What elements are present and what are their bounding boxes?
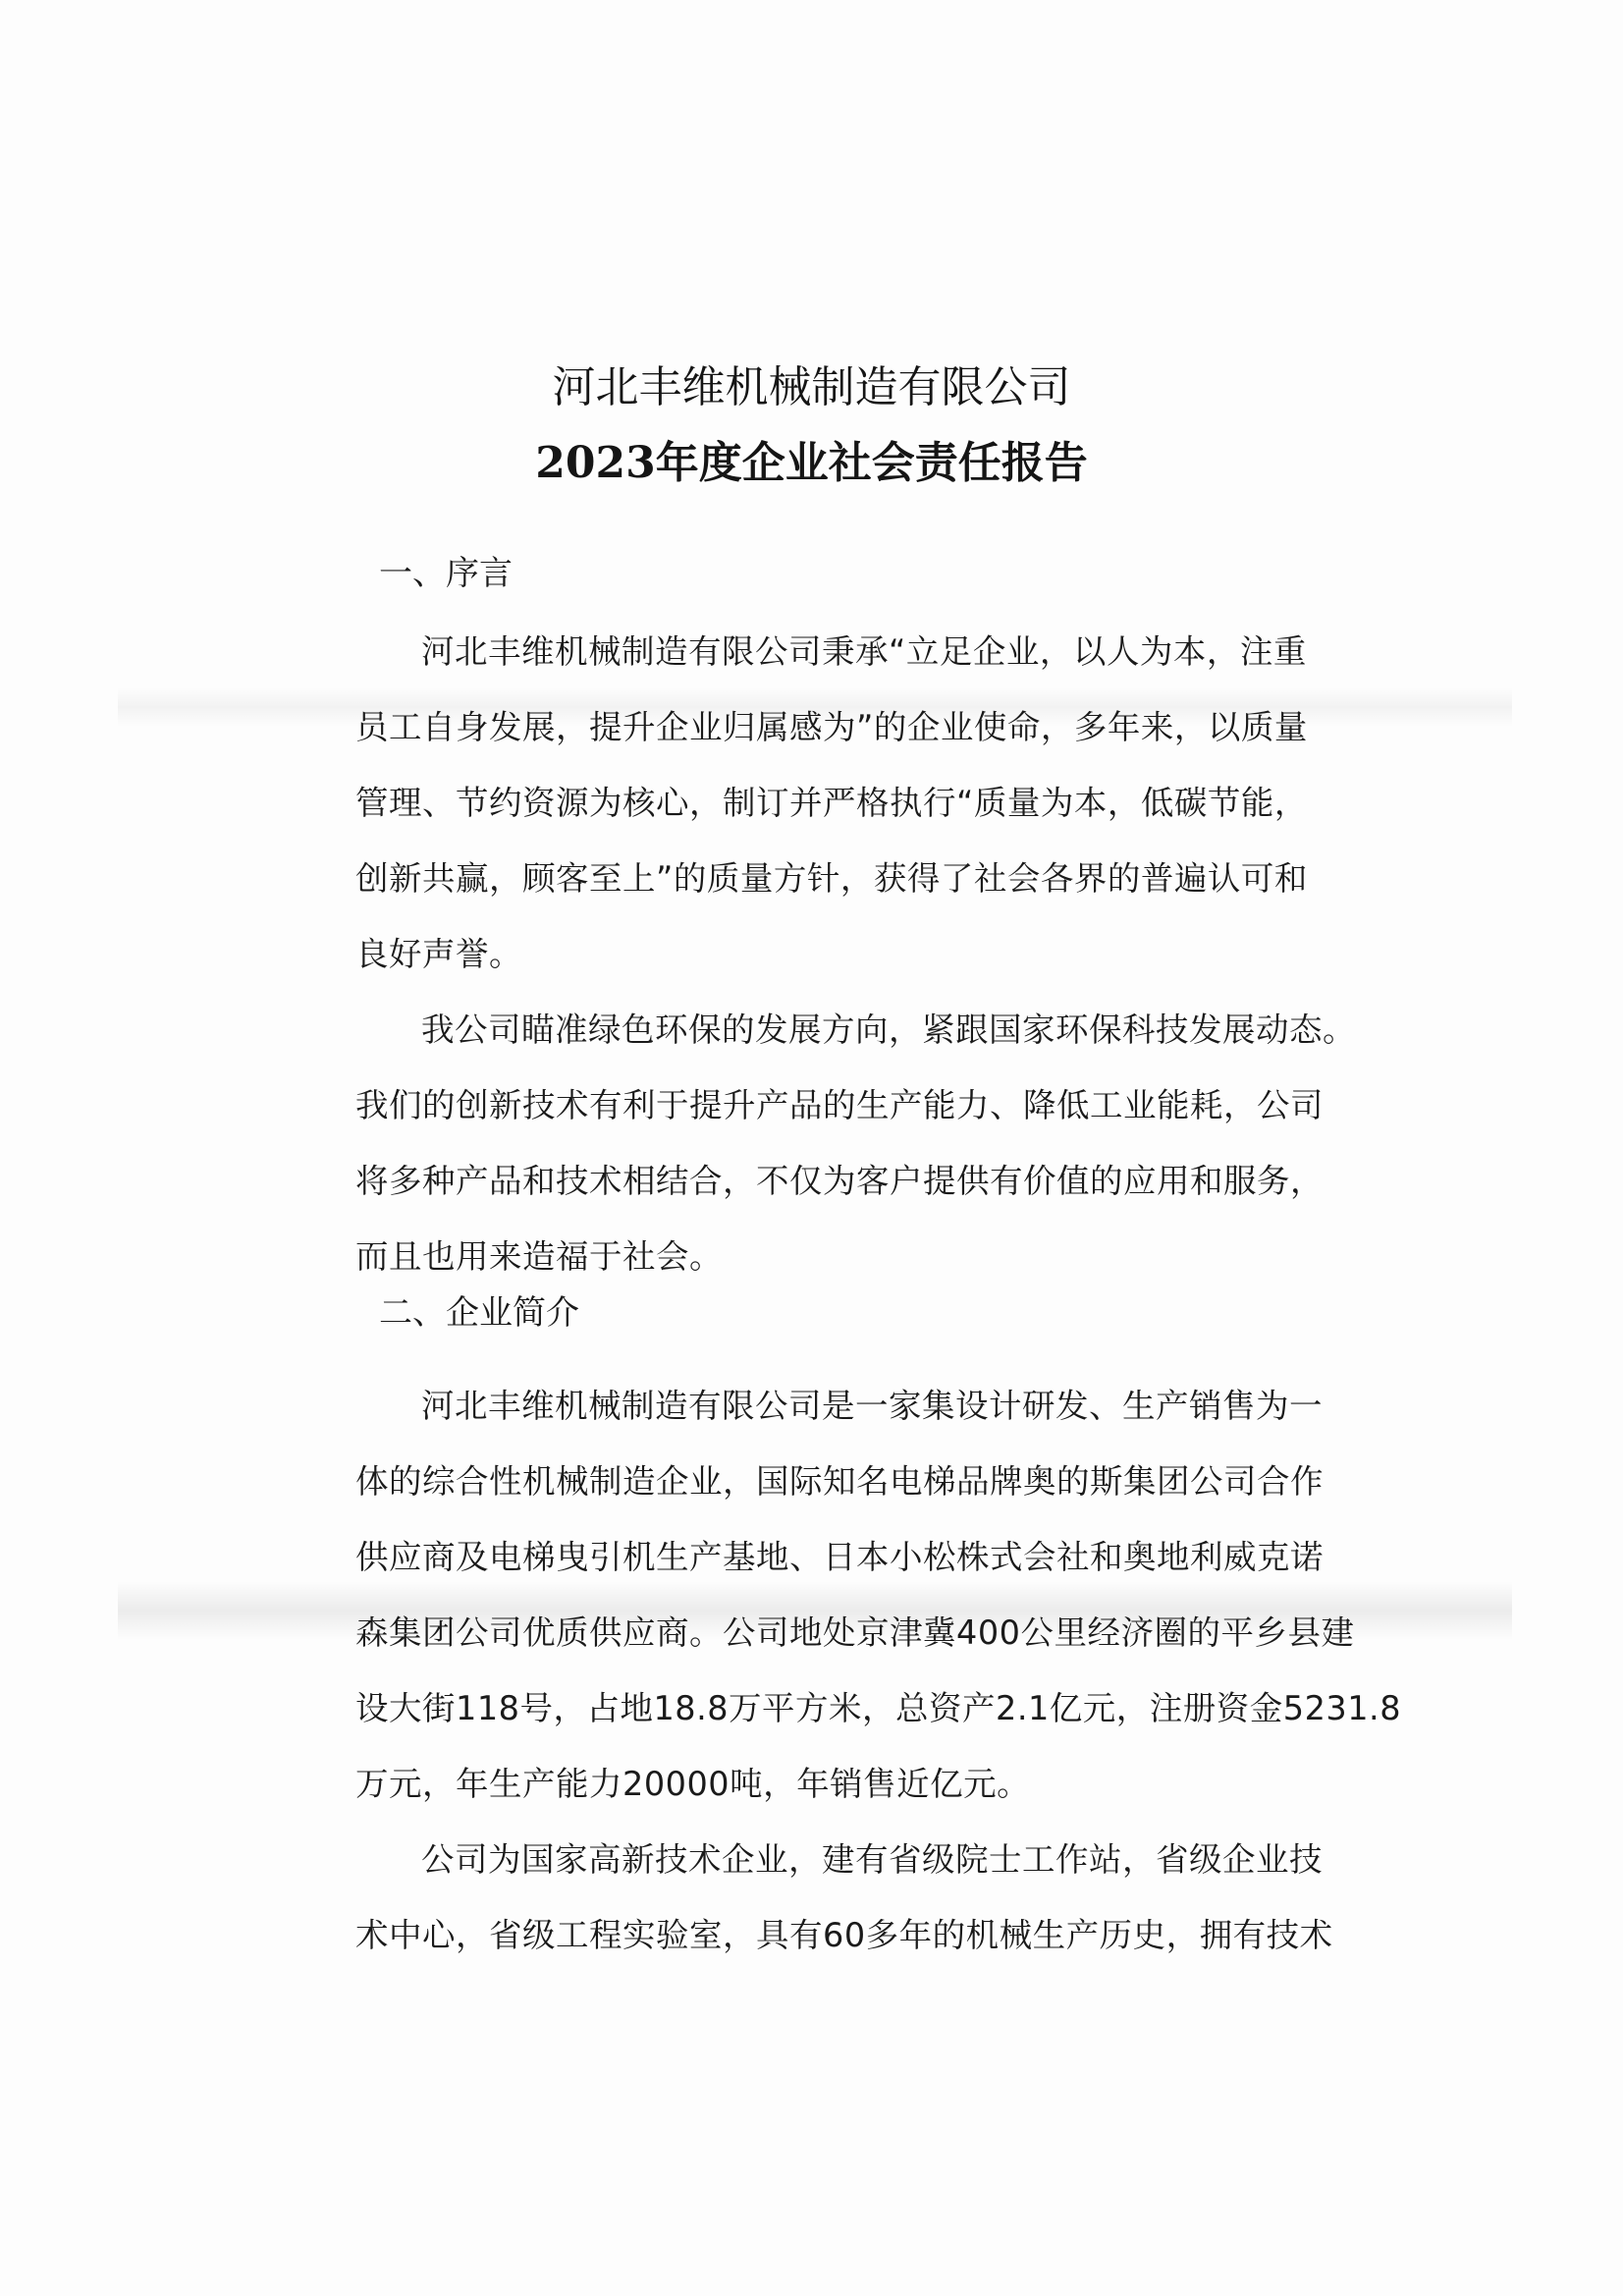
- text-line: 万元，年生产能力20000吨，年销售近亿元。: [355, 1746, 1278, 1822]
- text-line: 河北丰维机械制造有限公司是一家集设计研发、生产销售为一: [355, 1368, 1278, 1444]
- document-title-report: 2023年度企业社会责任报告: [0, 442, 1623, 485]
- text-line: 术中心，省级工程实验室，具有60多年的机械生产历史，拥有技术: [355, 1897, 1278, 1973]
- text-line: 我公司瞄准绿色环保的发展方向，紧跟国家环保科技发展动态。: [355, 992, 1278, 1067]
- text-line: 河北丰维机械制造有限公司秉承“立足企业，以人为本，注重: [355, 614, 1278, 689]
- text-line: 而且也用来造福于社会。: [355, 1219, 1278, 1294]
- text-line: 创新共赢，顾客至上”的质量方针，获得了社会各界的普遍认可和: [355, 841, 1278, 916]
- document-page: 河北丰维机械制造有限公司 2023年度企业社会责任报告 一、序言 河北丰维机械制…: [0, 0, 1623, 2296]
- text-line: 将多种产品和技术相结合，不仅为客户提供有价值的应用和服务，: [355, 1143, 1278, 1219]
- paragraph-preface-1: 河北丰维机械制造有限公司秉承“立足企业，以人为本，注重 员工自身发展，提升企业归…: [355, 614, 1278, 992]
- text-line: 良好声誉。: [355, 916, 1278, 992]
- section-heading-preface: 一、序言: [379, 557, 513, 590]
- text-line: 员工自身发展，提升企业归属感为”的企业使命，多年来，以质量: [355, 689, 1278, 765]
- text-line: 体的综合性机械制造企业，国际知名电梯品牌奥的斯集团公司合作: [355, 1444, 1278, 1519]
- paragraph-preface-2: 我公司瞄准绿色环保的发展方向，紧跟国家环保科技发展动态。 我们的创新技术有利于提…: [355, 992, 1278, 1294]
- text-line: 供应商及电梯曳引机生产基地、日本小松株式会社和奥地利威克诺: [355, 1519, 1278, 1595]
- document-title-company: 河北丰维机械制造有限公司: [0, 366, 1623, 410]
- text-line: 公司为国家高新技术企业，建有省级院士工作站，省级企业技: [355, 1822, 1278, 1897]
- paragraph-profile-2: 公司为国家高新技术企业，建有省级院士工作站，省级企业技 术中心，省级工程实验室，…: [355, 1822, 1278, 1973]
- section-heading-company-profile: 二、企业简介: [379, 1296, 579, 1330]
- text-line: 我们的创新技术有利于提升产品的生产能力、降低工业能耗，公司: [355, 1067, 1278, 1143]
- text-line: 设大街118号，占地18.8万平方米，总资产2.1亿元，注册资金5231.8: [355, 1670, 1278, 1746]
- paragraph-profile-1: 河北丰维机械制造有限公司是一家集设计研发、生产销售为一 体的综合性机械制造企业，…: [355, 1368, 1278, 1822]
- text-line: 管理、节约资源为核心，制订并严格执行“质量为本，低碳节能，: [355, 765, 1278, 841]
- text-line: 森集团公司优质供应商。公司地处京津冀400公里经济圈的平乡县建: [355, 1595, 1278, 1670]
